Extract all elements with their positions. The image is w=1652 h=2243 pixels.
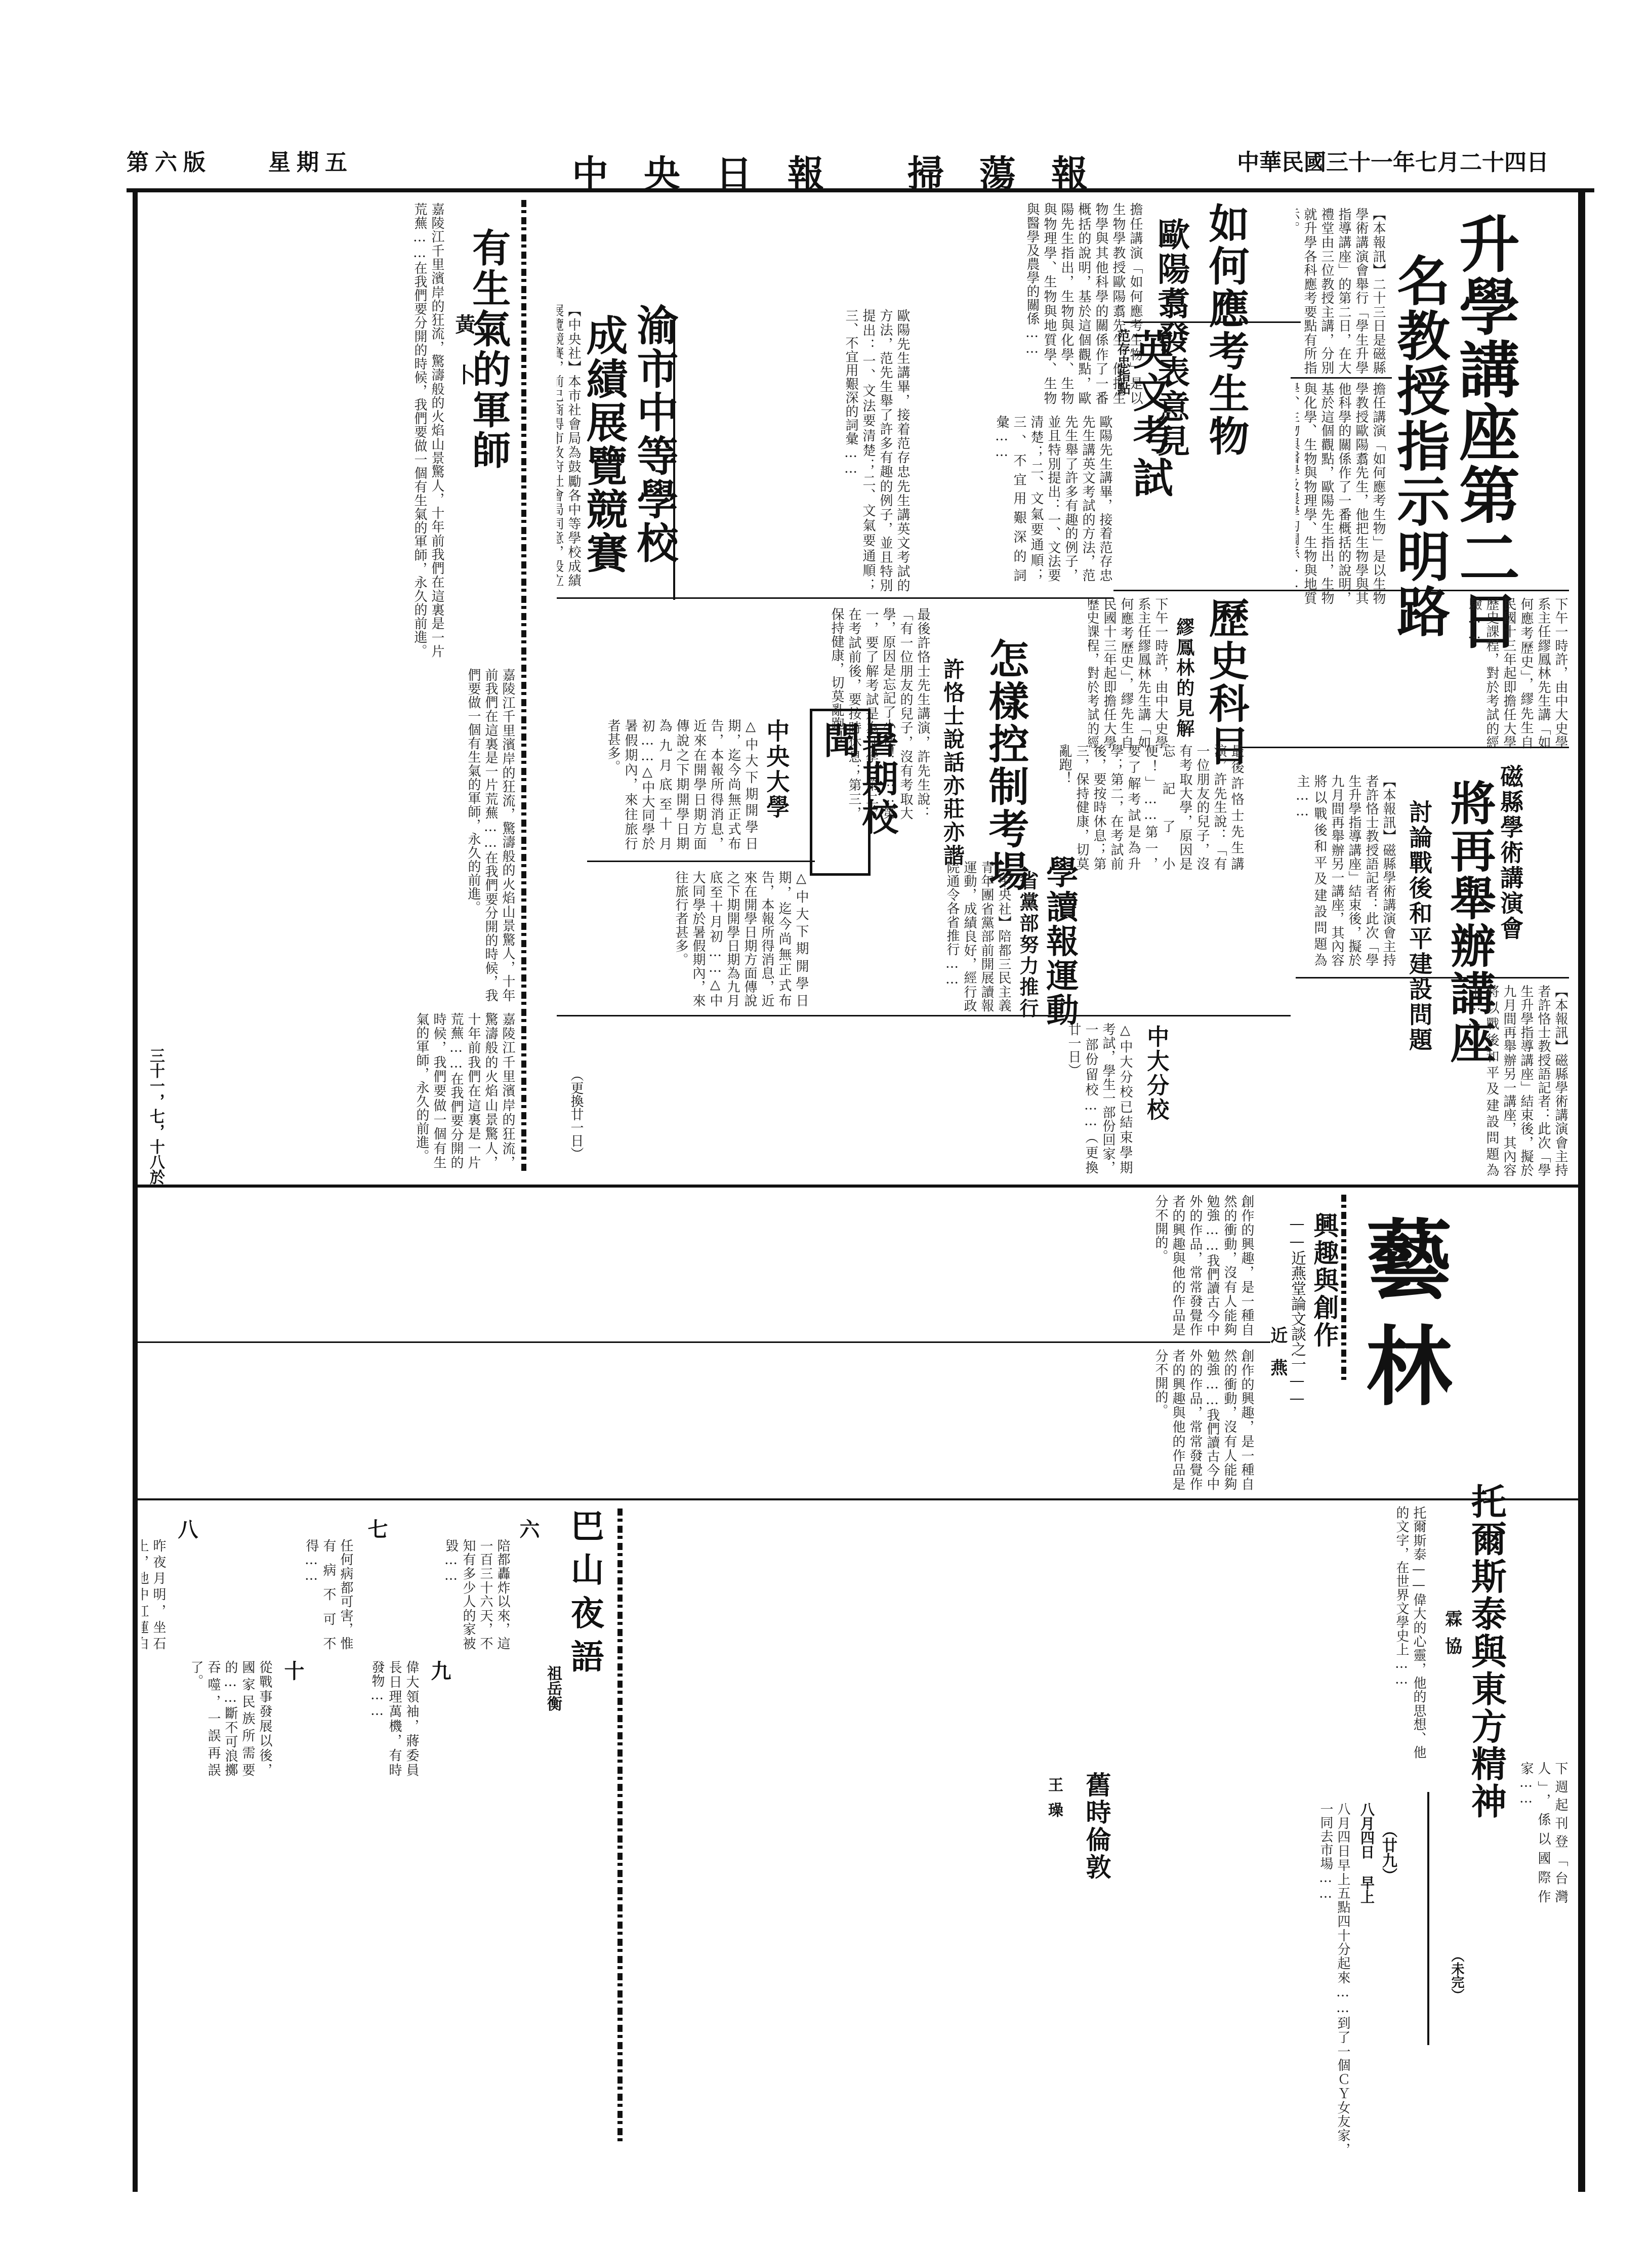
divider: [1113, 590, 1569, 591]
ornamental-divider: [617, 1508, 623, 2141]
history-byline: 繆鳳林的見解: [1174, 618, 1193, 739]
literary-main-headline: 興趣與創作: [1311, 1212, 1338, 1349]
lecture-subhead: 名教授指示明路: [1392, 253, 1448, 639]
essay-text-3: 嘉陵江千里濱岸的狂流，驚濤般的火焰山景驚人，十年前我們在這裏是一片荒蕪……在我們…: [192, 1012, 516, 1169]
tolstoy-text: 托爾斯泰——偉大的心靈，他的思想、他的文字，在世界文學史上……: [607, 1506, 1427, 1759]
masthead-rule: [127, 188, 1594, 192]
lecture-series-org: 磁縣學術講演會: [1498, 764, 1522, 942]
literary-main-author: 近燕: [1268, 1326, 1286, 1391]
essay-text-2: 嘉陵江千里濱岸的狂流，驚濤般的火焰山景驚人，十年前我們在這裏是一片荒蕪……在我們…: [142, 668, 516, 1002]
exam-control-byline: 許恪士說話亦莊亦諧: [941, 658, 964, 868]
reading-campaign-byline: 省黨部努力推行: [1017, 871, 1038, 1019]
essay-author: 黃卜: [453, 314, 474, 415]
literary-main-text-2: 創作的興趣，是一種自然的衝動，沒有人能夠勉強……我們讀古今中外的作品，常常發覺作…: [142, 1349, 1255, 1491]
bashan-section-text: 任何病都可害，惟有病不可不得……: [202, 1539, 354, 1650]
divider: [1427, 1792, 1429, 2045]
notice-end: （未完）: [1448, 1949, 1466, 2002]
bashan-section-num: 七: [362, 1519, 391, 1539]
bashan-section-text: 陪都轟炸以來，這一百三十六天，不知有多少人的家被毀……: [385, 1539, 511, 1650]
campus-news-headline: 暑期校聞: [820, 721, 896, 873]
bashan-section-text: 從戰事發展以後，國家民族所需要的……斷不可浪擲吞噬，一誤再誤了。: [152, 1660, 273, 1777]
divider: [137, 1498, 1579, 1500]
biology-text: 擔任講演「如何應考生物」是以生物學教授歐陽翥先生，他把生物學與其他科學的關係作了…: [921, 202, 1144, 405]
literary-main-subtitle: ——近燕堂論文談之一——: [1286, 1215, 1308, 1407]
lecture-lead: 【本報訊】二十三日是磁縣學術講演會舉行「學生升學指導講座」的第二日，在大禮堂由三…: [1296, 208, 1387, 375]
bashan-author: 祖岳衡: [542, 1665, 564, 1711]
divider: [1240, 747, 1569, 748]
bashan-section-num: 六: [514, 1519, 543, 1539]
essay-dateline: 三十一，七，十八於: [144, 1048, 167, 1185]
tolstoy-author: 霖協: [1442, 1610, 1461, 1664]
bashan-section-num: 八: [172, 1519, 201, 1539]
london-serial: （廿九）: [1377, 1822, 1399, 1883]
english-text-cont: 歐陽先生講畢，接着范存忠先生講英文考試的方法，范先生舉了許多有趣的例子，並且特別…: [678, 309, 911, 592]
lecture-headline: 升學講座第二日: [1453, 213, 1516, 652]
literary-section-title: 藝林: [1356, 1215, 1447, 1428]
english-byline: 范存忠指點: [1113, 329, 1132, 395]
branch-headline: 中大分校: [1144, 1025, 1167, 1122]
essay-text-1: 嘉陵江千里濱岸的狂流，驚濤般的火焰山景驚人，十年前我們在這裏是一片荒蕪……在我們…: [142, 202, 445, 658]
exam-control-headline: 怎樣控制考場: [984, 638, 1027, 893]
notice-text: 下週起刊登「台灣人」，係以國際作家……: [1442, 1762, 1569, 1903]
school-exhibit-subhead: 成績展覽競賽: [582, 314, 626, 575]
history-intro: 下午一時許，由中大史學系主任繆鳳林先生講「如何應考歷史」，繆先生自民國十三年起即…: [1240, 597, 1569, 749]
bashan-sections: 六 陪都轟炸以來，這一百三十六天，不知有多少人的家被毀…… 七 任何病都可害，惟…: [142, 1508, 536, 2116]
masthead-date: 中華民國三十一年七月二十四日: [1237, 144, 1549, 177]
central-univ-text: △中大下期開學日期，迄今尚無正式布告，本報所得消息，近來在開學日期方面傳說之下期…: [587, 719, 759, 850]
english-text: 歐陽先生講畢，接着范存忠先生講英文考試的方法，范先生舉了許多有趣的例子，並且特別…: [921, 415, 1113, 582]
lecture-series-text: 【本報訊】磁縣學術講演會主持者許恪士教授語記者：此次「學生升學指導講座」結束後，…: [1296, 774, 1397, 967]
school-exhibit-text: 【中央社】本市社會局為鼓勵各中等學校成績展覽競賽，前已商得市政府社會局同意，設立…: [557, 304, 582, 587]
campus-news-box: 暑期校聞: [810, 709, 871, 876]
divider: [557, 597, 1113, 599]
central-univ-headline: 中央大學: [764, 719, 789, 820]
exam-control-text-1: 最後許恪士先生講演，許先生說：「有一位朋友的兒子，沒有考取大學，原因是忘記了小便…: [1032, 744, 1245, 871]
campus-news-text-2: △中大下期開學日期，迄今尚無正式布告，本報所得消息，近來在開學日期方面傳說之下期…: [587, 871, 810, 1007]
school-exhibit-headline: 渝市中等學校: [633, 304, 676, 565]
branch-note: （更換廿一日）: [567, 1068, 586, 1160]
masthead-weekday: 星期五: [268, 144, 353, 177]
bashan-section-text: 昨夜月明，坐石上，池中紅蓮白荷，均大……: [142, 1539, 167, 1650]
branch-text: △中大分校已結束學期考試，學生一部份回家，一部份留校……（更換廿一日）: [860, 1023, 1134, 1174]
divider: [587, 861, 815, 862]
english-headline: 英文考試: [1129, 329, 1171, 499]
lecture-series-cont: 【本報訊】磁縣學術講演會主持者許恪士教授語記者：此次「學生升學指導講座」結束後，…: [1240, 985, 1569, 1177]
reading-campaign-text: 【中央社】陪都三民主義青年團省黨部前開展讀報運動，成績良好，經行政院通令各省推行…: [871, 861, 1012, 1012]
bashan-section-text: 偉大領袖，蔣委員長日理萬機，有時發物……: [314, 1660, 420, 1777]
literary-main-text-1: 創作的興趣，是一種自然的衝動，沒有人能夠勉強……我們讀古今中外的作品，常常發覺作…: [142, 1195, 1255, 1336]
masthead-page: 第六版: [127, 144, 212, 177]
literary-section-rule: [137, 1185, 1579, 1188]
bashan-section-num: 九: [425, 1660, 454, 1681]
ornamental-divider: [521, 200, 526, 1172]
bashan-section-num: 十: [278, 1660, 307, 1681]
lecture-body: 擔任講演「如何應考生物」是以生物學教授歐陽翥先生，他把生物學與其他科學的關係作了…: [1296, 382, 1387, 605]
london-diary-head: 八月四日 早上: [1356, 1802, 1377, 1904]
divider: [673, 316, 675, 600]
masthead: 中華民國三十一年七月二十四日 中央日報 掃蕩報 星期五 第六版: [127, 144, 1549, 190]
ornamental-divider: [1341, 1195, 1346, 1382]
london-text: 八月四日早上五點四十分起來……到了一個ＣＹ女友家，一同去市場……: [658, 1802, 1351, 2156]
bashan-headline: 巴山夜語: [567, 1508, 602, 1683]
divider: [137, 1341, 1270, 1343]
divider: [557, 1015, 1291, 1016]
divider: [1296, 977, 1569, 978]
left-border: [133, 192, 138, 2192]
divider: [1291, 377, 1392, 379]
right-border: [1578, 192, 1585, 2192]
history-text: 下午一時許，由中大史學系主任繆鳳林先生講「如何應考歷史」，繆先生自民國十三年起即…: [1088, 597, 1169, 749]
reading-campaign-headline: 學讀報運動: [1043, 855, 1077, 1028]
divider: [1124, 321, 1301, 323]
biology-headline: 如何應考生物: [1205, 202, 1247, 458]
